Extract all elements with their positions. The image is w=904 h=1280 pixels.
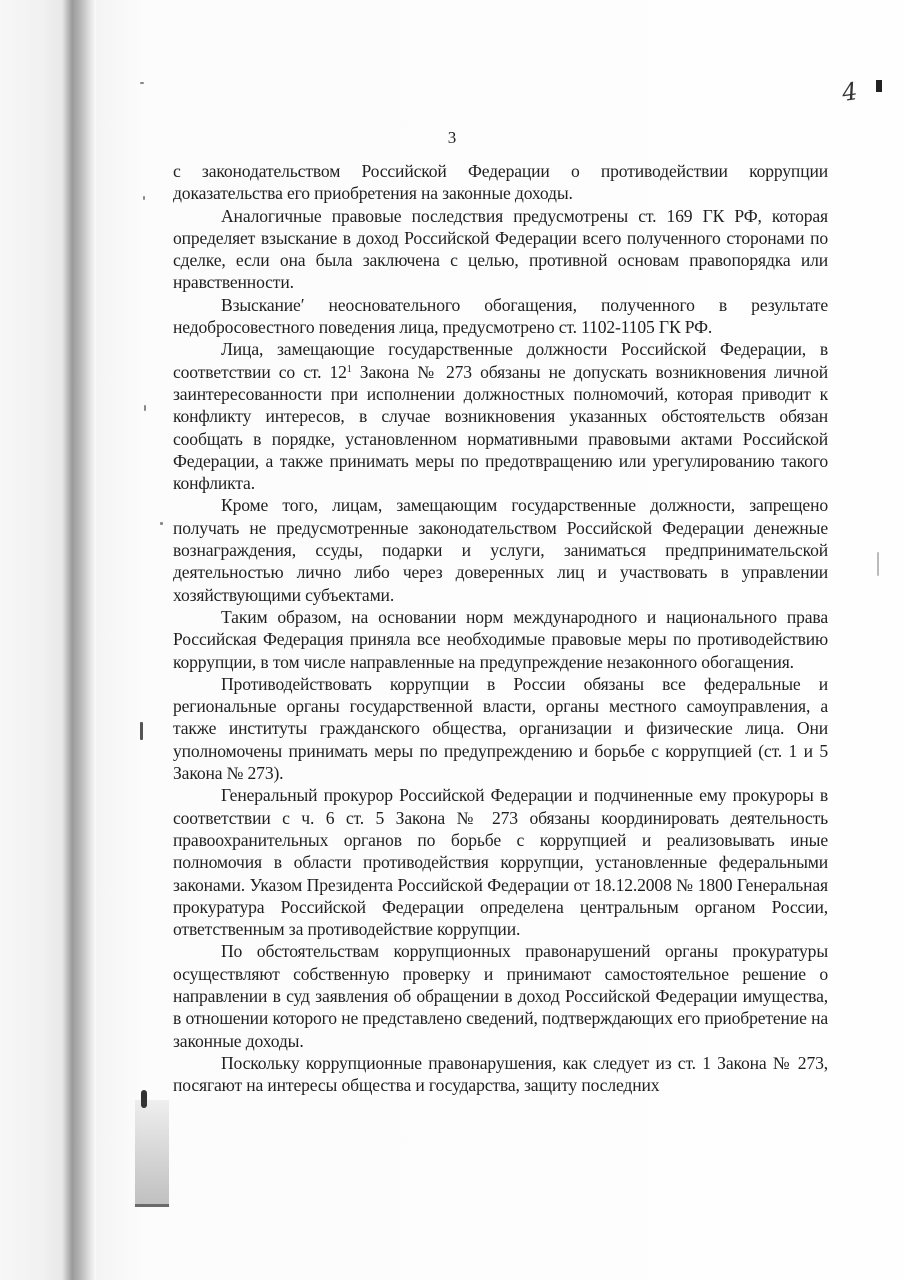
paragraph: По обстоятельствам коррупционных правона… [173, 940, 828, 1051]
binder-hole-mark [141, 1090, 147, 1108]
scan-speck [143, 196, 145, 200]
scan-left-margin [0, 0, 70, 1280]
paragraph: Взыскание′ неосновательного обогащения, … [173, 294, 828, 339]
paragraph: Кроме того, лицам, замещающим государств… [173, 494, 828, 605]
paragraph: Противодействовать коррупции в России об… [173, 673, 828, 784]
scan-speck [140, 82, 144, 84]
scan-shadow-artifact [135, 1100, 169, 1207]
scan-speck [877, 552, 879, 576]
paragraph: Лица, замещающие государственные должнос… [173, 338, 828, 494]
paragraph: Поскольку коррупционные правонарушения, … [173, 1052, 828, 1097]
paragraph: Таким образом, на основании норм междуна… [173, 606, 828, 673]
paragraph: Генеральный прокурор Российской Федераци… [173, 784, 828, 940]
corner-ink-mark [876, 80, 882, 92]
scan-gutter-shadow [62, 0, 96, 1280]
page-number: 3 [0, 128, 904, 148]
scan-speck [140, 722, 143, 740]
document-body: с законодательством Российской Федерации… [173, 160, 828, 1096]
paragraph: Аналогичные правовые последствия предусм… [173, 205, 828, 294]
paragraph: с законодательством Российской Федерации… [173, 160, 828, 205]
scan-speck [144, 405, 146, 411]
scan-speck [160, 522, 163, 525]
